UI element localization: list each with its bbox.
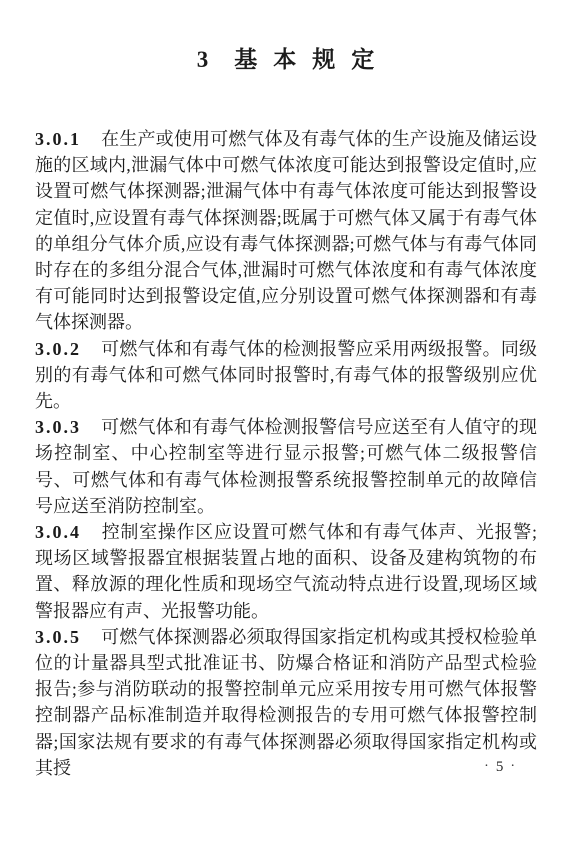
clause-number: 3.0.4 xyxy=(35,522,81,542)
clause-3-0-3: 3.0.3可燃气体和有毒气体检测报警信号应送至有人值守的现场控制室、中心控制室等… xyxy=(35,414,537,519)
page-footer: ·5· xyxy=(484,759,515,776)
clause-text: 可燃气体和有毒气体的检测报警应采用两级报警。同级别的有毒气体和可燃气体同时报警时… xyxy=(35,339,537,411)
chapter-name: 基本规定 xyxy=(234,47,390,72)
chapter-number: 3 xyxy=(197,47,209,72)
clause-3-0-2: 3.0.2可燃气体和有毒气体的检测报警应采用两级报警。同级别的有毒气体和可燃气体… xyxy=(35,336,537,415)
clause-number: 3.0.2 xyxy=(35,339,81,359)
clause-text: 可燃气体和有毒气体检测报警信号应送至有人值守的现场控制室、中心控制室等进行显示报… xyxy=(35,417,537,516)
clause-3-0-1: 3.0.1在生产或使用可燃气体及有毒气体的生产设施及储运设施的区域内,泄漏气体中… xyxy=(35,126,537,336)
footer-dot-left: · xyxy=(484,759,489,774)
clause-text: 控制室操作区应设置可燃气体和有毒气体声、光报警;现场区域警报器宜根据装置占地的面… xyxy=(35,522,537,621)
document-body: 3.0.1在生产或使用可燃气体及有毒气体的生产设施及储运设施的区域内,泄漏气体中… xyxy=(35,126,537,781)
clause-text: 可燃气体探测器必须取得国家指定机构或其授权检验单位的计量器具型式批准证书、防爆合… xyxy=(35,627,537,778)
chapter-title: 3基本规定 xyxy=(0,0,571,75)
clause-3-0-5: 3.0.5可燃气体探测器必须取得国家指定机构或其授权检验单位的计量器具型式批准证… xyxy=(35,624,537,781)
page-number: 5 xyxy=(496,759,504,775)
clause-number: 3.0.5 xyxy=(35,627,81,647)
document-page: 3基本规定 3.0.1在生产或使用可燃气体及有毒气体的生产设施及储运设施的区域内… xyxy=(0,0,571,849)
clause-text: 在生产或使用可燃气体及有毒气体的生产设施及储运设施的区域内,泄漏气体中可燃气体浓… xyxy=(35,129,537,332)
clause-3-0-4: 3.0.4控制室操作区应设置可燃气体和有毒气体声、光报警;现场区域警报器宜根据装… xyxy=(35,519,537,624)
clause-number: 3.0.1 xyxy=(35,129,81,149)
footer-dot-right: · xyxy=(510,759,515,774)
clause-number: 3.0.3 xyxy=(35,417,81,437)
